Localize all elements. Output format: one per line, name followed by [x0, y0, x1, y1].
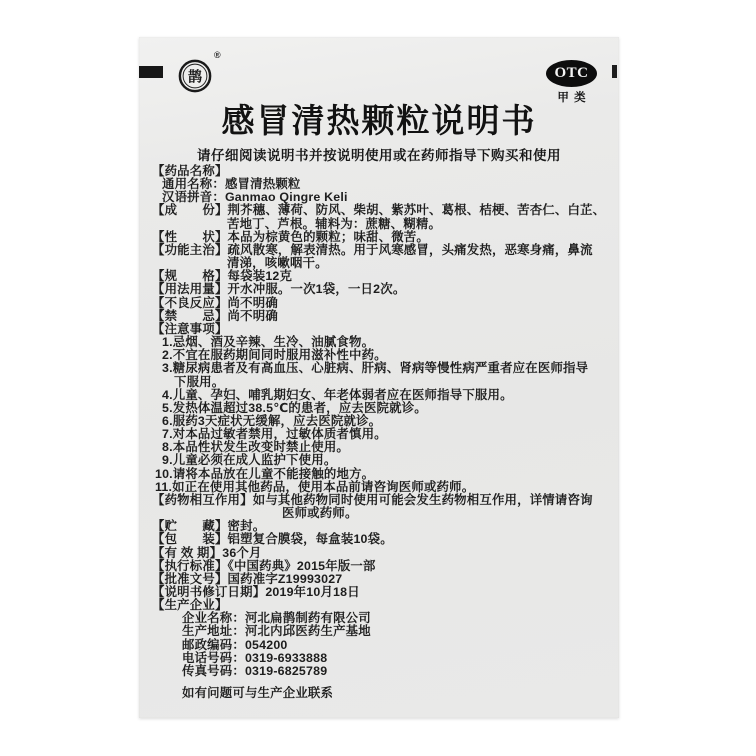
body-line: 【用法用量】开水冲服。一次1袋，一日2次。	[152, 283, 614, 296]
body-line: 【成 份】荆芥穗、薄荷、防风、柴胡、紫苏叶、葛根、桔梗、苦杏仁、白芷、	[152, 204, 614, 217]
body-line: 【性 状】本品为棕黄色的颗粒；味甜、微苦。	[152, 231, 614, 244]
body-line: 【药物相互作用】如与其他药物同时使用可能会发生药物相互作用，详情请咨询	[152, 494, 614, 507]
leaflet-title: 感冒清热颗粒说明书	[139, 95, 619, 142]
body-line: 9.儿童必须在成人监护下使用。	[152, 454, 614, 467]
brand-logo-character: 鹊	[188, 69, 203, 86]
body-line: 5.发热体温超过38.5℃的患者，应去医院就诊。	[152, 402, 614, 415]
body-line: 苦地丁、芦根。辅料为：蔗糖、糊精。	[152, 218, 614, 231]
body-line: 【包 装】铝塑复合膜袋，每盒装10袋。	[152, 533, 614, 546]
body-line: 【不良反应】尚不明确	[152, 297, 614, 310]
body-line: 如有问题可与生产企业联系	[152, 687, 614, 700]
body-line: 生产地址：河北内邱医药生产基地	[152, 625, 614, 638]
leaflet-subtitle: 请仔细阅读说明书并按说明使用或在药师指导下购买和使用	[139, 144, 619, 164]
body-line: 【功能主治】疏风散寒，解表清热。用于风寒感冒，头痛发热，恶寒身痛，鼻流	[152, 244, 614, 257]
body-line: 10.请将本品放在儿童不能接触的地方。	[152, 468, 614, 481]
leaflet-paper: 鹊 ® OTC 甲 类 感冒清热颗粒说明书 请仔细阅读说明书并按说明使用或在药师…	[139, 37, 619, 718]
body-line: 11.如正在使用其他药品，使用本品前请咨询医师或药师。	[152, 481, 614, 494]
body-line: 下服用。	[152, 376, 614, 389]
body-line: 4.儿童、孕妇、哺乳期妇女、年老体弱者应在医师指导下服用。	[152, 389, 614, 402]
print-registration-mark	[139, 66, 163, 78]
body-line: 3.糖尿病患者及有高血压、心脏病、肝病、肾病等慢性病严重者应在医师指导	[152, 362, 614, 375]
otc-badge-label: OTC	[554, 65, 588, 82]
print-edge-mark	[612, 65, 617, 78]
body-line: 邮政编码：054200	[152, 639, 614, 652]
body-line: 【有 效 期】36个月	[152, 547, 614, 560]
leaflet-body: 【药品名称】通用名称：感冒清热颗粒汉语拼音：Ganmao Qingre Keli…	[152, 165, 614, 700]
brand-logo-icon: 鹊	[178, 59, 212, 93]
body-line: 【禁 忌】尚不明确	[152, 310, 614, 323]
body-line: 电话号码：0319-6933888	[152, 652, 614, 665]
otc-badge: OTC	[546, 60, 597, 87]
body-line: 传真号码：0319-6825789	[152, 665, 614, 678]
registered-trademark-symbol: ®	[214, 50, 221, 60]
body-line: 【执行标准】《中国药典》2015年版一部	[152, 560, 614, 573]
